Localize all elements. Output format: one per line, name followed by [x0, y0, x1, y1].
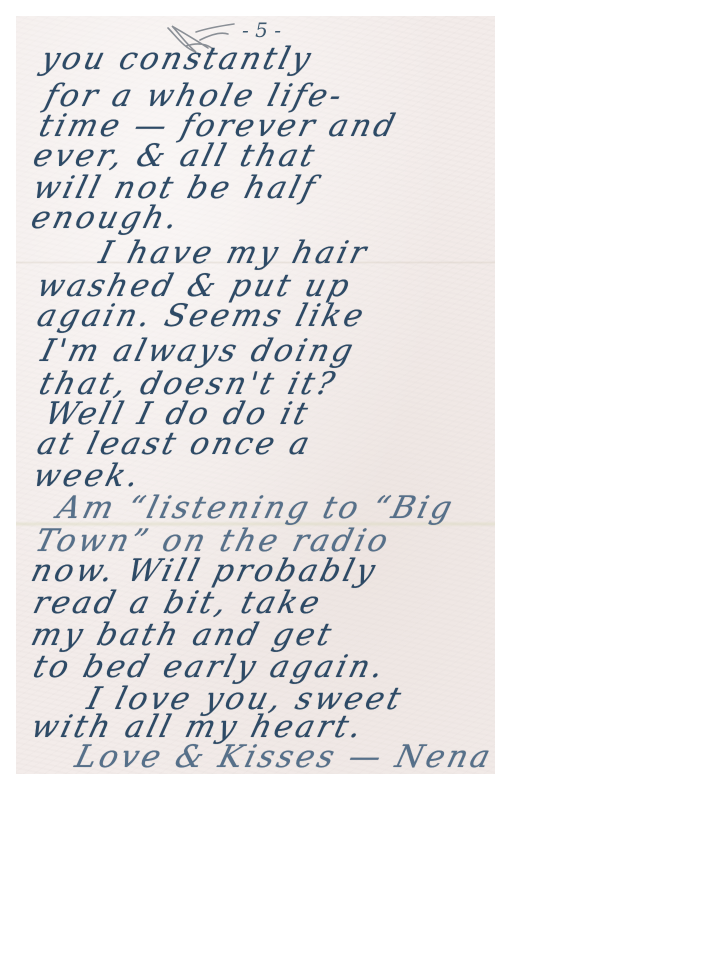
letter-signature: Love & Kisses — Nena: [72, 742, 495, 773]
letter-line: again. Seems like: [34, 301, 369, 332]
letter-line: now. Will probably: [28, 556, 381, 587]
page-number: - 5 -: [242, 18, 281, 42]
letter-line: read a bit, take: [30, 588, 325, 619]
letter-line: you constantly: [38, 44, 316, 75]
letter-line: enough.: [28, 203, 183, 234]
letter-line: at least once a: [34, 429, 315, 460]
letter-page: - 5 - you constantly for a whole life- t…: [16, 16, 495, 774]
letter-line: I have my hair: [96, 238, 372, 269]
letter-line: my bath and get: [28, 620, 337, 651]
letter-line: ever, & all that: [30, 141, 320, 172]
letter-line: week.: [30, 461, 145, 492]
letter-line: Am “listening to “Big: [54, 493, 458, 524]
letter-line: I'm always doing: [38, 336, 359, 367]
letter-line: to bed early again.: [30, 652, 389, 683]
canvas: - 5 - you constantly for a whole life- t…: [0, 0, 720, 960]
